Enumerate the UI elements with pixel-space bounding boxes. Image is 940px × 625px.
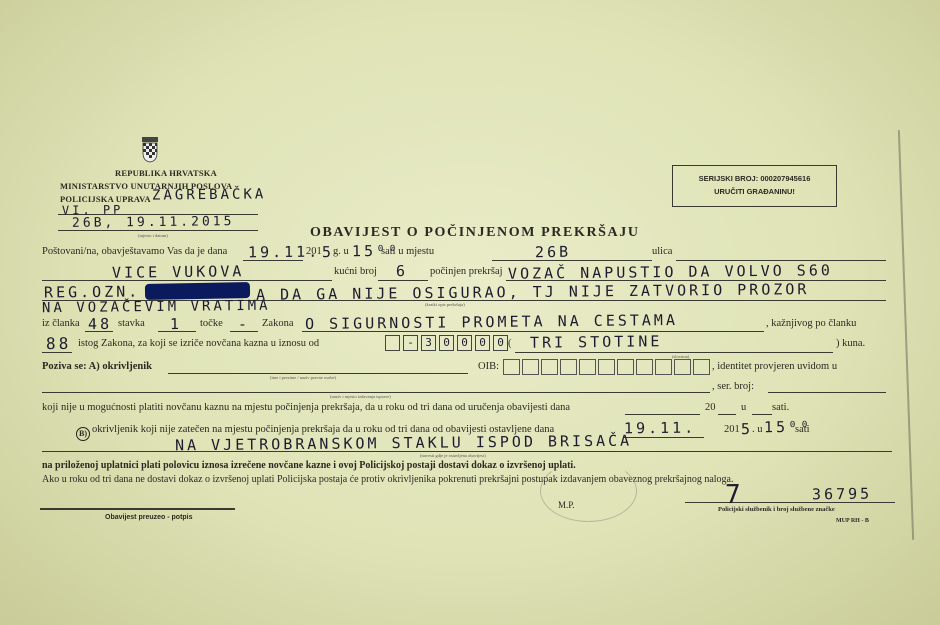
year-prefix: 201 — [306, 246, 322, 257]
g-u-text: g. u — [333, 246, 349, 257]
officer-badge-number: 36795 — [812, 485, 872, 504]
place-value: 26B — [535, 243, 571, 261]
street-label: ulica — [652, 246, 672, 257]
left-hours: sati — [795, 424, 810, 435]
paragraph-value: 1 — [170, 315, 182, 333]
offence-description-3: NA VOZAČEVIM VRATIMA — [42, 298, 271, 316]
identity-text: , identitet provjeren uvidom u — [712, 361, 837, 372]
defendant-name-caption: (ime i prezime / naziv pravne osobe) — [270, 375, 336, 380]
left-u: . u — [752, 424, 763, 435]
offence-caption: (kratki opis prekršaja) — [425, 302, 465, 307]
country-name: REPUBLIKA HRVATSKA — [115, 168, 217, 178]
fine-digit: 0 — [475, 335, 490, 351]
fine-text: istog Zakona, za koji se izriče novčana … — [78, 338, 319, 349]
greeting-text: Poštovani/na, obavještavamo Vas da je da… — [42, 246, 227, 257]
currency-label: ) kuna. — [836, 338, 865, 349]
police-admin-value: ZAGREBAČKA — [152, 186, 266, 203]
house-number-label: kućni broj — [334, 266, 377, 277]
left-date-value: 19.11. — [624, 419, 696, 438]
article-label: iz članka — [42, 318, 80, 329]
fine-digit: 0 — [457, 335, 472, 351]
fine-digit: - — [403, 335, 418, 351]
point-value: - — [238, 315, 250, 333]
fine-words-value: TRI STOTINE — [530, 332, 663, 351]
unable-year: 20 — [705, 402, 716, 413]
fine-digit: 0 — [493, 335, 508, 351]
serial-note: URUČITI GRAĐANINU! — [673, 187, 836, 196]
option-b-circle: B) — [76, 427, 90, 441]
fine-digit — [385, 335, 400, 351]
punish-article-value: 88 — [46, 334, 71, 353]
serial-no-label: , ser. broj: — [712, 381, 754, 392]
officer-caption: Policijski službenik i broj službene zna… — [718, 506, 835, 513]
official-stamp — [540, 460, 637, 522]
summons-a-label: Poziva se: A) okrivljenik — [42, 361, 152, 372]
article-value: 48 — [88, 315, 112, 333]
form-code: MUP RH - B — [836, 518, 869, 524]
serial-label: SERIJSKI BROJ: — [699, 174, 759, 183]
left-year-prefix: 201 — [724, 424, 740, 435]
law-value: O SIGURNOSTI PROMETA NA CESTAMA — [305, 311, 678, 333]
stamp-label: M.P. — [558, 500, 575, 510]
oib-boxes[interactable] — [503, 358, 712, 376]
place-date-value: 26B, 19.11.2015 — [72, 214, 235, 231]
point-label: točke — [200, 318, 223, 329]
offence-label: počinjen prekršaj — [430, 266, 503, 277]
option-b-marker: B) — [76, 423, 90, 441]
document-title: OBAVIJEST O POČINJENOM PREKRŠAJU — [310, 225, 640, 241]
place-date-caption: (mjesto i datum) — [138, 233, 168, 238]
unable-u: u — [741, 402, 746, 413]
fine-digit: 0 — [439, 335, 454, 351]
received-by-caption: Obavijest preuzeo - potpis — [105, 514, 193, 521]
street-value: VICE VUKOVA — [112, 262, 245, 281]
unable-hours: sati. — [772, 402, 789, 413]
house-number-value: 6 — [396, 262, 408, 280]
croatian-coat-of-arms-icon — [141, 137, 159, 163]
fine-amount-boxes: -30000 — [385, 334, 511, 352]
payment-instruction: na priloženoj uplatnici plati polovicu i… — [42, 460, 576, 471]
serial-number: 000207945616 — [760, 174, 810, 183]
law-label: Zakona — [262, 318, 294, 329]
oib-label: OIB: — [478, 361, 499, 372]
punishable-label: , kažnjivog po članku — [766, 318, 856, 329]
open-paren: ( — [508, 338, 512, 349]
notice-location-caption: (navesti gdje je ostavljena obavijest) — [420, 453, 486, 458]
paper-edge — [898, 130, 914, 540]
fine-digit: 3 — [421, 335, 436, 351]
unable-to-pay-text: koji nije u mogućnosti platiti novčanu k… — [42, 402, 570, 413]
document-caption: (naziv i mjesto izdavanja isprave) — [330, 394, 391, 399]
serial-number-box: SERIJSKI BROJ: 000207945616 URUČITI GRAĐ… — [672, 165, 837, 207]
hours-in-place-text: sati u mjestu — [381, 246, 434, 257]
paragraph-label: stavka — [118, 318, 145, 329]
